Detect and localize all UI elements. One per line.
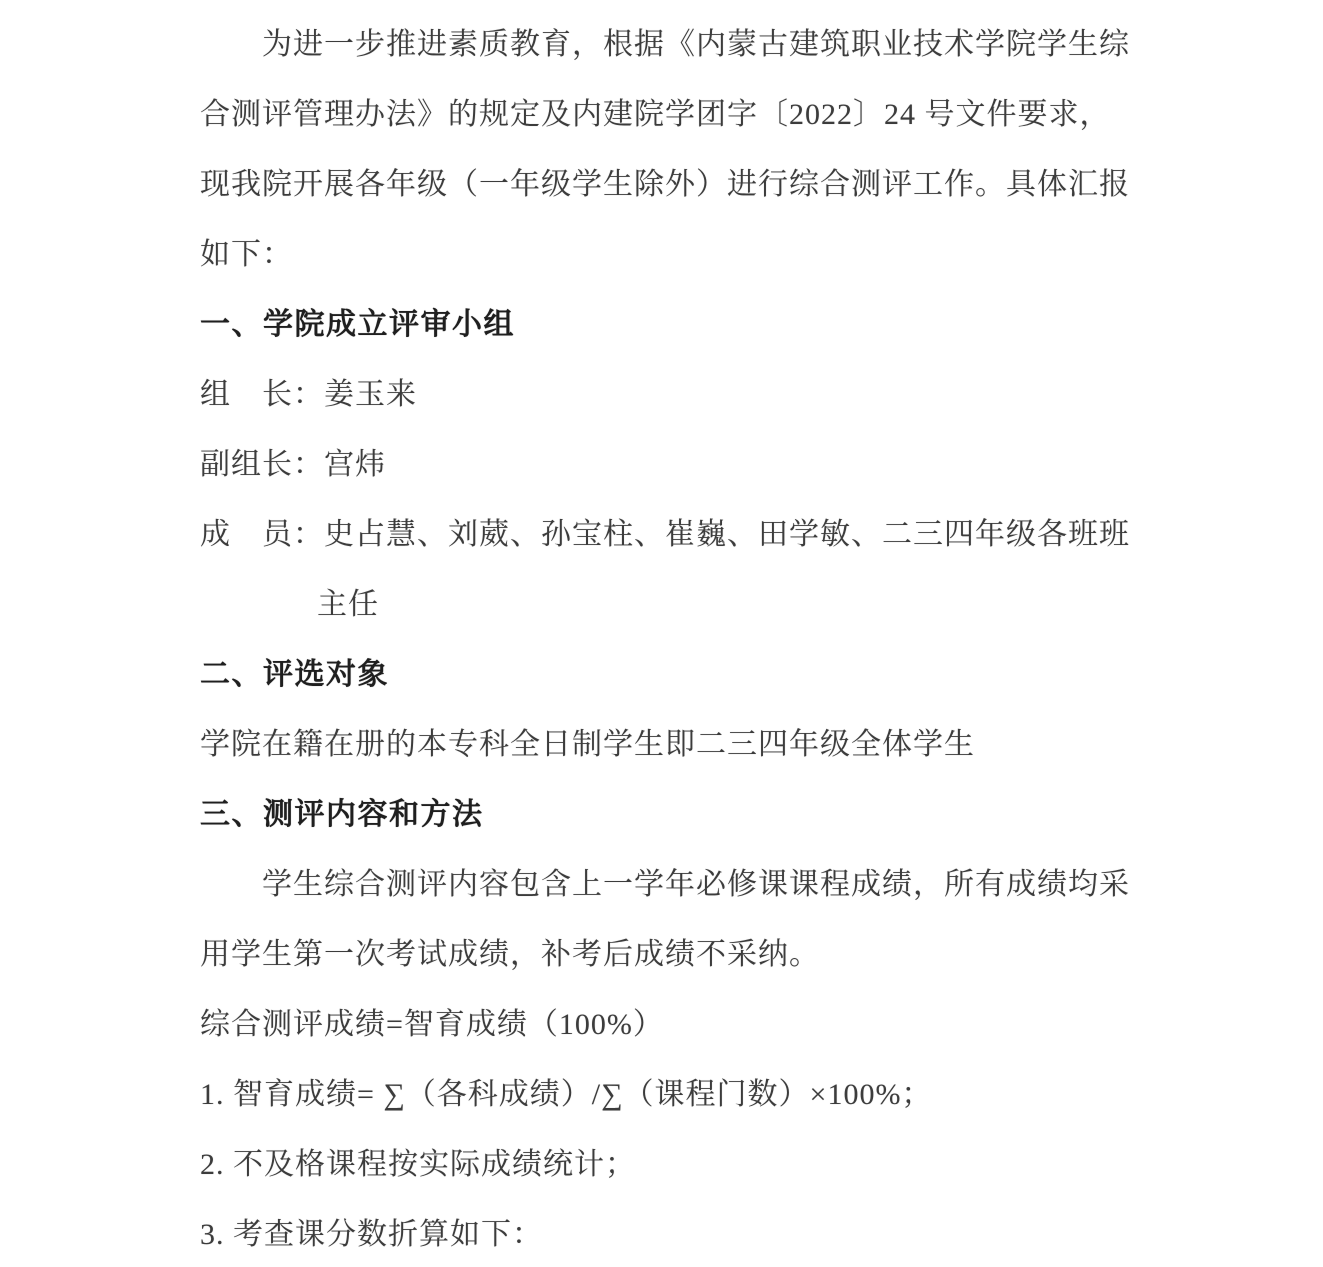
formula-item-3: 3. 考查课分数折算如下： — [200, 1200, 1133, 1267]
intro-line-4: 如下： — [200, 220, 1133, 290]
formula-total-line: 综合测评成绩=智育成绩（100%） — [200, 990, 1133, 1060]
content-line-1: 学生综合测评内容包含上一学年必修课课程成绩，所有成绩均采 — [200, 850, 1133, 920]
document-body: 为进一步推进素质教育，根据《内蒙古建筑职业技术学院学生综 合测评管理办法》的规定… — [200, 10, 1133, 1267]
intro-line-1: 为进一步推进素质教育，根据《内蒙古建筑职业技术学院学生综 — [200, 10, 1133, 80]
section3-heading: 三、测评内容和方法 — [200, 780, 1133, 850]
document-page: 为进一步推进素质教育，根据《内蒙古建筑职业技术学院学生综 合测评管理办法》的规定… — [0, 0, 1323, 1267]
formula-item-2: 2. 不及格课程按实际成绩统计； — [200, 1130, 1133, 1200]
eligibility-line: 学院在籍在册的本专科全日制学生即二三四年级全体学生 — [200, 710, 1133, 780]
group-leader-line: 组 长：姜玉来 — [200, 360, 1133, 430]
members-line-1: 成 员：史占慧、刘葳、孙宝柱、崔巍、田学敏、二三四年级各班班 — [200, 500, 1133, 570]
section2-heading: 二、评选对象 — [200, 640, 1133, 710]
deputy-leader-line: 副组长：宫炜 — [200, 430, 1133, 500]
members-line-2: 主任 — [200, 570, 1133, 640]
intro-line-2: 合测评管理办法》的规定及内建院学团字〔2022〕24 号文件要求， — [200, 80, 1133, 150]
content-line-2: 用学生第一次考试成绩，补考后成绩不采纳。 — [200, 920, 1133, 990]
section1-heading: 一、学院成立评审小组 — [200, 290, 1133, 360]
intro-line-3: 现我院开展各年级（一年级学生除外）进行综合测评工作。具体汇报 — [200, 150, 1133, 220]
formula-item-1: 1. 智育成绩= ∑（各科成绩）/∑（课程门数）×100%； — [200, 1060, 1133, 1130]
